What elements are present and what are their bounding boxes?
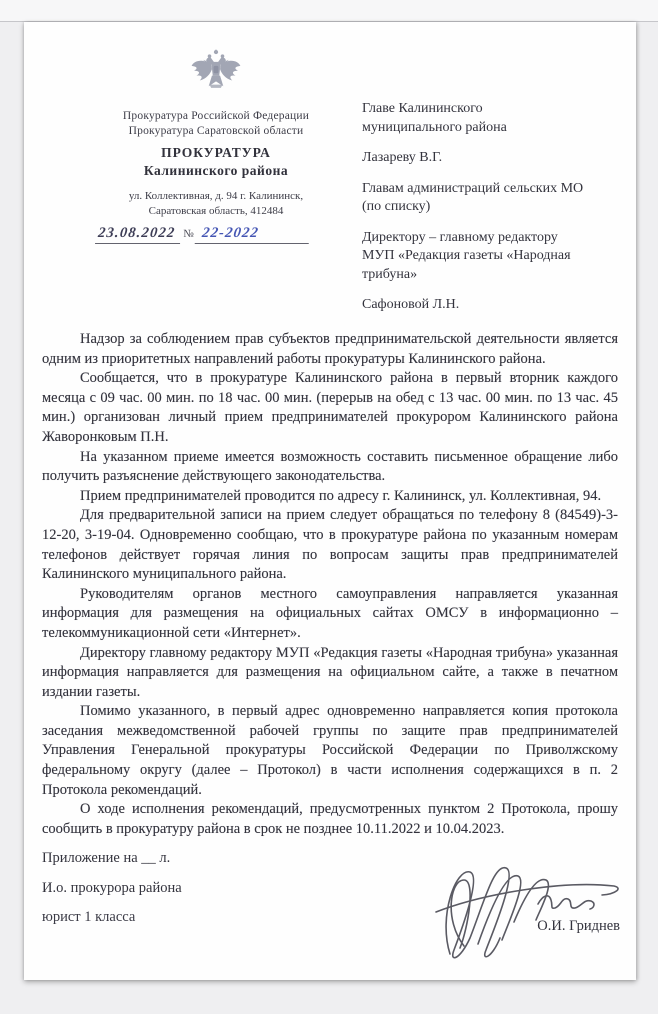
- signer-name: О.И. Гриднев: [537, 918, 620, 935]
- document-page: Прокуратура Российской Федерации Прокура…: [24, 22, 636, 980]
- addressee-line: Главам администраций сельских МО: [362, 180, 618, 199]
- addressee-list: Главе Калининского муниципального района…: [362, 46, 618, 302]
- org-name-region: Прокуратура Саратовской области: [84, 124, 348, 139]
- signature-block: О.И. Гриднев: [430, 850, 626, 976]
- addressee-safonova: Сафоновой Л.Н.: [362, 296, 618, 315]
- body-paragraph: Сообщается, что в прокуратуре Калининско…: [42, 369, 618, 447]
- addressee-line: Лазареву В.Г.: [362, 149, 618, 168]
- addressee-lazarev: Лазареву В.Г.: [362, 149, 618, 168]
- office-district: Калининского района: [84, 162, 348, 180]
- handwritten-doc-number: 22-2022: [194, 225, 311, 244]
- addressee-rural-heads: Главам администраций сельских МО (по спи…: [362, 180, 618, 217]
- body-paragraph: На указанном приеме имеется возможность …: [42, 448, 618, 487]
- signature-scrawl-icon: [430, 850, 626, 976]
- addressee-line: (по списку): [362, 198, 618, 217]
- body-paragraph: О ходе исполнения рекомендаций, предусмо…: [42, 800, 618, 839]
- viewer-top-bar: [0, 0, 658, 22]
- body-paragraph: Надзор за соблюдением прав субъектов пре…: [42, 330, 618, 369]
- letter-header: Прокуратура Российской Федерации Прокура…: [24, 22, 636, 302]
- number-sign: №: [183, 228, 194, 240]
- addressee-head-of-district: Главе Калининского муниципального района: [362, 100, 618, 137]
- addressee-line: Сафоновой Л.Н.: [362, 296, 618, 315]
- addressee-line: МУП «Редакция газеты «Народная: [362, 247, 618, 266]
- body-paragraph: Помимо указанного, в первый адрес одновр…: [42, 702, 618, 800]
- body-paragraph: Директору главному редактору МУП «Редакц…: [42, 644, 618, 703]
- russia-coat-of-arms-icon: [84, 46, 348, 104]
- closing-block: И.о. прокурора района юрист 1 класса О.И…: [24, 880, 636, 990]
- addressee-line: муниципального района: [362, 119, 618, 138]
- office-address-line2: Саратовская область, 412484: [84, 204, 348, 219]
- handwritten-date: 23.08.2022: [95, 225, 182, 244]
- addressee-line: трибуна»: [362, 266, 618, 285]
- body-paragraph: Прием предпринимателей проводится по адр…: [42, 487, 618, 507]
- body-paragraph: Руководителям органов местного самоуправ…: [42, 585, 618, 644]
- org-name-federation: Прокуратура Российской Федерации: [84, 109, 348, 124]
- addressee-line: Главе Калининского: [362, 100, 618, 119]
- addressee-newspaper-editor: Директору – главному редактору МУП «Реда…: [362, 229, 618, 285]
- letter-body: Надзор за соблюдением прав субъектов пре…: [24, 330, 636, 839]
- date-number-row: 23.08.2022№22-2022: [84, 225, 348, 244]
- addressee-line: Директору – главному редактору: [362, 229, 618, 248]
- body-paragraph: Для предварительной записи на прием след…: [42, 506, 618, 584]
- office-address-line1: ул. Коллективная, д. 94 г. Калининск,: [84, 189, 348, 204]
- office-title: ПРОКУРАТУРА: [84, 144, 348, 162]
- letterhead: Прокуратура Российской Федерации Прокура…: [84, 46, 348, 302]
